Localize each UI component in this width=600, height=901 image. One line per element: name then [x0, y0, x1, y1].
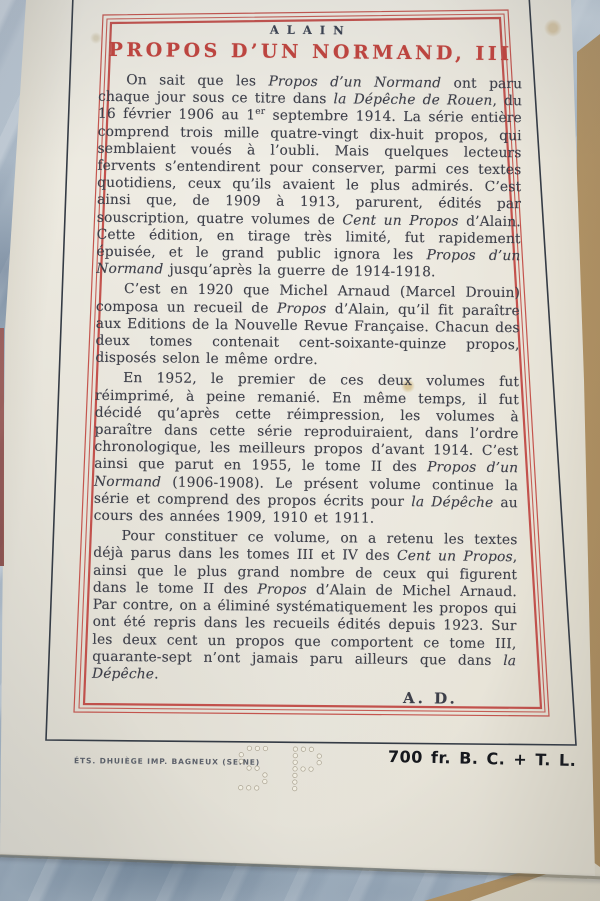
cover-paragraph: On sait que les Propos d’un Normand ont …	[96, 72, 522, 283]
price-label: 700 fr. B. C. + T. L.	[388, 747, 578, 770]
cover-paragraph: En 1952, le premier de ces deux volumes …	[94, 370, 520, 529]
cover-title: PROPOS D’UN NORMAND, III	[98, 39, 522, 65]
printer-imprint: ÉTS. DHUIÈGE IMP. BAGNEUX (SEINE)	[74, 756, 260, 767]
cover-text-block: ALAIN PROPOS D’UN NORMAND, III On sait q…	[92, 11, 523, 709]
cover-paragraph: C’est en 1920 que Michel Arnaud (Marcel …	[95, 281, 520, 371]
author-name: ALAIN	[99, 21, 523, 39]
photo-scene: ALAIN PROPOS D’UN NORMAND, III On sait q…	[0, 0, 600, 901]
cover-paragraph: Pour constituer ce volume, on a retenu l…	[92, 528, 518, 687]
cover-paragraphs: On sait que les Propos d’un Normand ont …	[92, 72, 522, 688]
perforation-sp-holes	[237, 743, 348, 801]
